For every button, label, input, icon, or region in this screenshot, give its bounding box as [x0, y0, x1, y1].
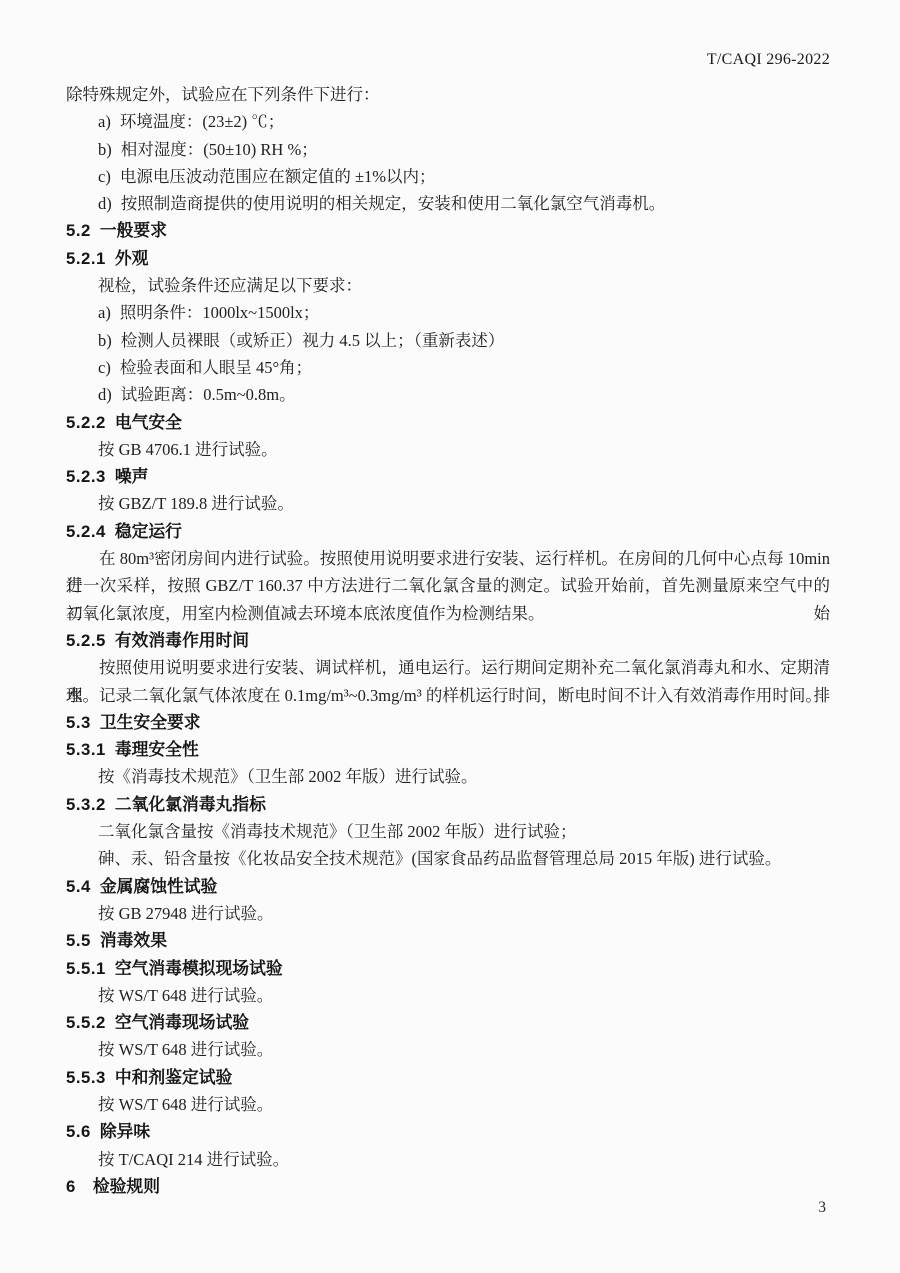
heading-5-5-disinfection-effect: 5.5消毒效果	[66, 927, 830, 954]
heading-number: 5.4	[66, 877, 91, 896]
paragraph-t-caqi-214: 按 T/CAQI 214 进行试验。	[66, 1146, 830, 1173]
heading-title: 空气消毒现场试验	[115, 1013, 249, 1032]
heading-number: 5.3.2	[66, 795, 106, 814]
heading-title: 二氧化氯消毒丸指标	[115, 795, 266, 814]
running-header-standard-number: T/CAQI 296-2022	[707, 51, 830, 69]
heading-number: 5.3	[66, 713, 91, 732]
heading-number: 5.5	[66, 931, 91, 950]
heading-title: 一般要求	[100, 221, 167, 240]
heading-number: 5.3.1	[66, 740, 106, 759]
paragraph-ws-t-648-2: 按 WS/T 648 进行试验。	[66, 1036, 830, 1063]
heading-5-3-1-toxicology-safety: 5.3.1毒理安全性	[66, 736, 830, 763]
list-item-d-test-distance: d)试验距离：0.5m~0.8m。	[66, 381, 830, 408]
heading-6-inspection-rules: 6检验规则	[66, 1173, 830, 1200]
paragraph-gbz-t-189-8: 按 GBZ/T 189.8 进行试验。	[66, 490, 830, 517]
page-number: 3	[818, 1199, 826, 1217]
heading-5-2-general-requirements: 5.2一般要求	[66, 217, 830, 244]
list-marker: c)	[98, 358, 111, 377]
list-item-c-45-degree-angle: c)检验表面和人眼呈 45°角；	[66, 354, 830, 381]
paragraph-line: 按照使用说明要求进行安装、调试样机，通电运行。运行期间定期补充二氧化氯消毒丸和水…	[66, 654, 830, 681]
list-item-a-illumination: a)照明条件：1000lx~1500lx；	[66, 299, 830, 326]
heading-5-3-hygiene-safety: 5.3卫生安全要求	[66, 709, 830, 736]
list-item-text: 试验距离：0.5m~0.8m。	[121, 385, 296, 404]
heading-5-6-odor-removal: 5.6除异味	[66, 1118, 830, 1145]
list-item-text: 电源电压波动范围应在额定值的 ±1%以内；	[120, 167, 436, 186]
heading-5-2-1-appearance: 5.2.1外观	[66, 245, 830, 272]
heading-number: 5.2.3	[66, 467, 106, 486]
paragraph-gb-27948: 按 GB 27948 进行试验。	[66, 900, 830, 927]
heading-title: 稳定运行	[115, 522, 182, 541]
paragraph-stable-operation: 在 80m³密闭房间内进行试验。按照使用说明要求进行安装、运行样机。在房间的几何…	[66, 545, 830, 627]
list-marker: d)	[98, 194, 112, 213]
heading-5-2-4-stable-operation: 5.2.4稳定运行	[66, 518, 830, 545]
heading-number: 5.2	[66, 221, 91, 240]
heading-5-5-1-simulated-field-test: 5.5.1空气消毒模拟现场试验	[66, 955, 830, 982]
heading-title: 毒理安全性	[115, 740, 199, 759]
heading-5-4-metal-corrosion-test: 5.4金属腐蚀性试验	[66, 873, 830, 900]
list-marker: c)	[98, 167, 111, 186]
heading-title: 检验规则	[93, 1177, 160, 1196]
heading-5-2-3-noise: 5.2.3噪声	[66, 463, 830, 490]
paragraph-line: 在 80m³密闭房间内进行试验。按照使用说明要求进行安装、运行样机。在房间的几何…	[66, 545, 830, 572]
heading-title: 消毒效果	[100, 931, 167, 950]
list-item-text: 检验表面和人眼呈 45°角；	[120, 358, 312, 377]
list-item-d-install-per-manual: d)按照制造商提供的使用说明的相关规定，安装和使用二氧化氯空气消毒机。	[66, 190, 830, 217]
heading-number: 5.2.1	[66, 249, 106, 268]
heading-number: 5.5.2	[66, 1013, 106, 1032]
heading-number: 5.6	[66, 1122, 91, 1141]
heading-title: 金属腐蚀性试验	[100, 877, 217, 896]
heading-number: 5.2.5	[66, 631, 106, 650]
list-item-text: 相对湿度：(50±10) RH %；	[121, 140, 318, 159]
heading-5-5-2-field-test: 5.5.2空气消毒现场试验	[66, 1009, 830, 1036]
list-item-c-voltage-fluctuation: c)电源电压波动范围应在额定值的 ±1%以内；	[66, 163, 830, 190]
list-marker: a)	[98, 112, 111, 131]
heading-title: 电气安全	[115, 413, 182, 432]
list-marker: b)	[98, 140, 112, 159]
list-marker: a)	[98, 303, 111, 322]
heading-title: 卫生安全要求	[100, 713, 201, 732]
heading-5-2-2-electrical-safety: 5.2.2电气安全	[66, 409, 830, 436]
heading-number: 5.2.2	[66, 413, 106, 432]
heading-number: 5.5.1	[66, 959, 106, 978]
heading-title: 噪声	[115, 467, 149, 486]
paragraph-line: 水。记录二氧化氯气体浓度在 0.1mg/m³~0.3mg/m³ 的样机运行时间，…	[66, 682, 830, 709]
paragraph-gb-4706-1: 按 GB 4706.1 进行试验。	[66, 436, 830, 463]
list-marker: d)	[98, 385, 112, 404]
paragraph-chlorine-dioxide-content: 二氧化氯含量按《消毒技术规范》（卫生部 2002 年版）进行试验；	[66, 818, 830, 845]
document-page: T/CAQI 296-2022 除特殊规定外，试验应在下列条件下进行： a)环境…	[0, 0, 900, 1273]
paragraph-ws-t-648-3: 按 WS/T 648 进行试验。	[66, 1091, 830, 1118]
paragraph-arsenic-mercury-lead: 砷、汞、铅含量按《化妆品安全技术规范》(国家食品药品监督管理总局 2015 年版…	[66, 845, 830, 872]
document-body: 除特殊规定外，试验应在下列条件下进行： a)环境温度：(23±2) ℃； b)相…	[66, 81, 830, 1200]
list-item-text: 环境温度：(23±2) ℃；	[120, 112, 284, 131]
heading-title: 外观	[115, 249, 149, 268]
heading-title: 除异味	[100, 1122, 150, 1141]
paragraph-effective-disinfection-time: 按照使用说明要求进行安装、调试样机，通电运行。运行期间定期补充二氧化氯消毒丸和水…	[66, 654, 830, 709]
list-item-text: 照明条件：1000lx~1500lx；	[120, 303, 320, 322]
list-item-a-ambient-temperature: a)环境温度：(23±2) ℃；	[66, 108, 830, 135]
heading-title: 中和剂鉴定试验	[115, 1068, 232, 1087]
list-marker: b)	[98, 331, 112, 350]
paragraph-disinfection-spec-2002: 按《消毒技术规范》（卫生部 2002 年版）进行试验。	[66, 763, 830, 790]
heading-title: 有效消毒作用时间	[115, 631, 249, 650]
heading-5-5-3-neutralizer-identification-test: 5.5.3中和剂鉴定试验	[66, 1064, 830, 1091]
heading-number: 5.5.3	[66, 1068, 106, 1087]
list-item-text: 检测人员裸眼（或矫正）视力 4.5 以上；（重新表述）	[121, 331, 505, 350]
heading-5-3-2-chlorine-dioxide-pill-index: 5.3.2二氧化氯消毒丸指标	[66, 791, 830, 818]
paragraph-visual-inspection: 视检，试验条件还应满足以下要求：	[66, 272, 830, 299]
paragraph-test-conditions-intro: 除特殊规定外，试验应在下列条件下进行：	[66, 81, 830, 108]
list-item-b-eyesight: b)检测人员裸眼（或矫正）视力 4.5 以上；（重新表述）	[66, 327, 830, 354]
heading-title: 空气消毒模拟现场试验	[115, 959, 283, 978]
paragraph-ws-t-648-1: 按 WS/T 648 进行试验。	[66, 982, 830, 1009]
heading-5-2-5-effective-disinfection-time: 5.2.5有效消毒作用时间	[66, 627, 830, 654]
list-item-b-relative-humidity: b)相对湿度：(50±10) RH %；	[66, 136, 830, 163]
heading-number: 5.2.4	[66, 522, 106, 541]
heading-number: 6	[66, 1177, 76, 1196]
list-item-text: 按照制造商提供的使用说明的相关规定，安装和使用二氧化氯空气消毒机。	[121, 194, 666, 213]
paragraph-line: 行一次采样，按照 GBZ/T 160.37 中方法进行二氧化氯含量的测定。试验开…	[66, 572, 830, 599]
